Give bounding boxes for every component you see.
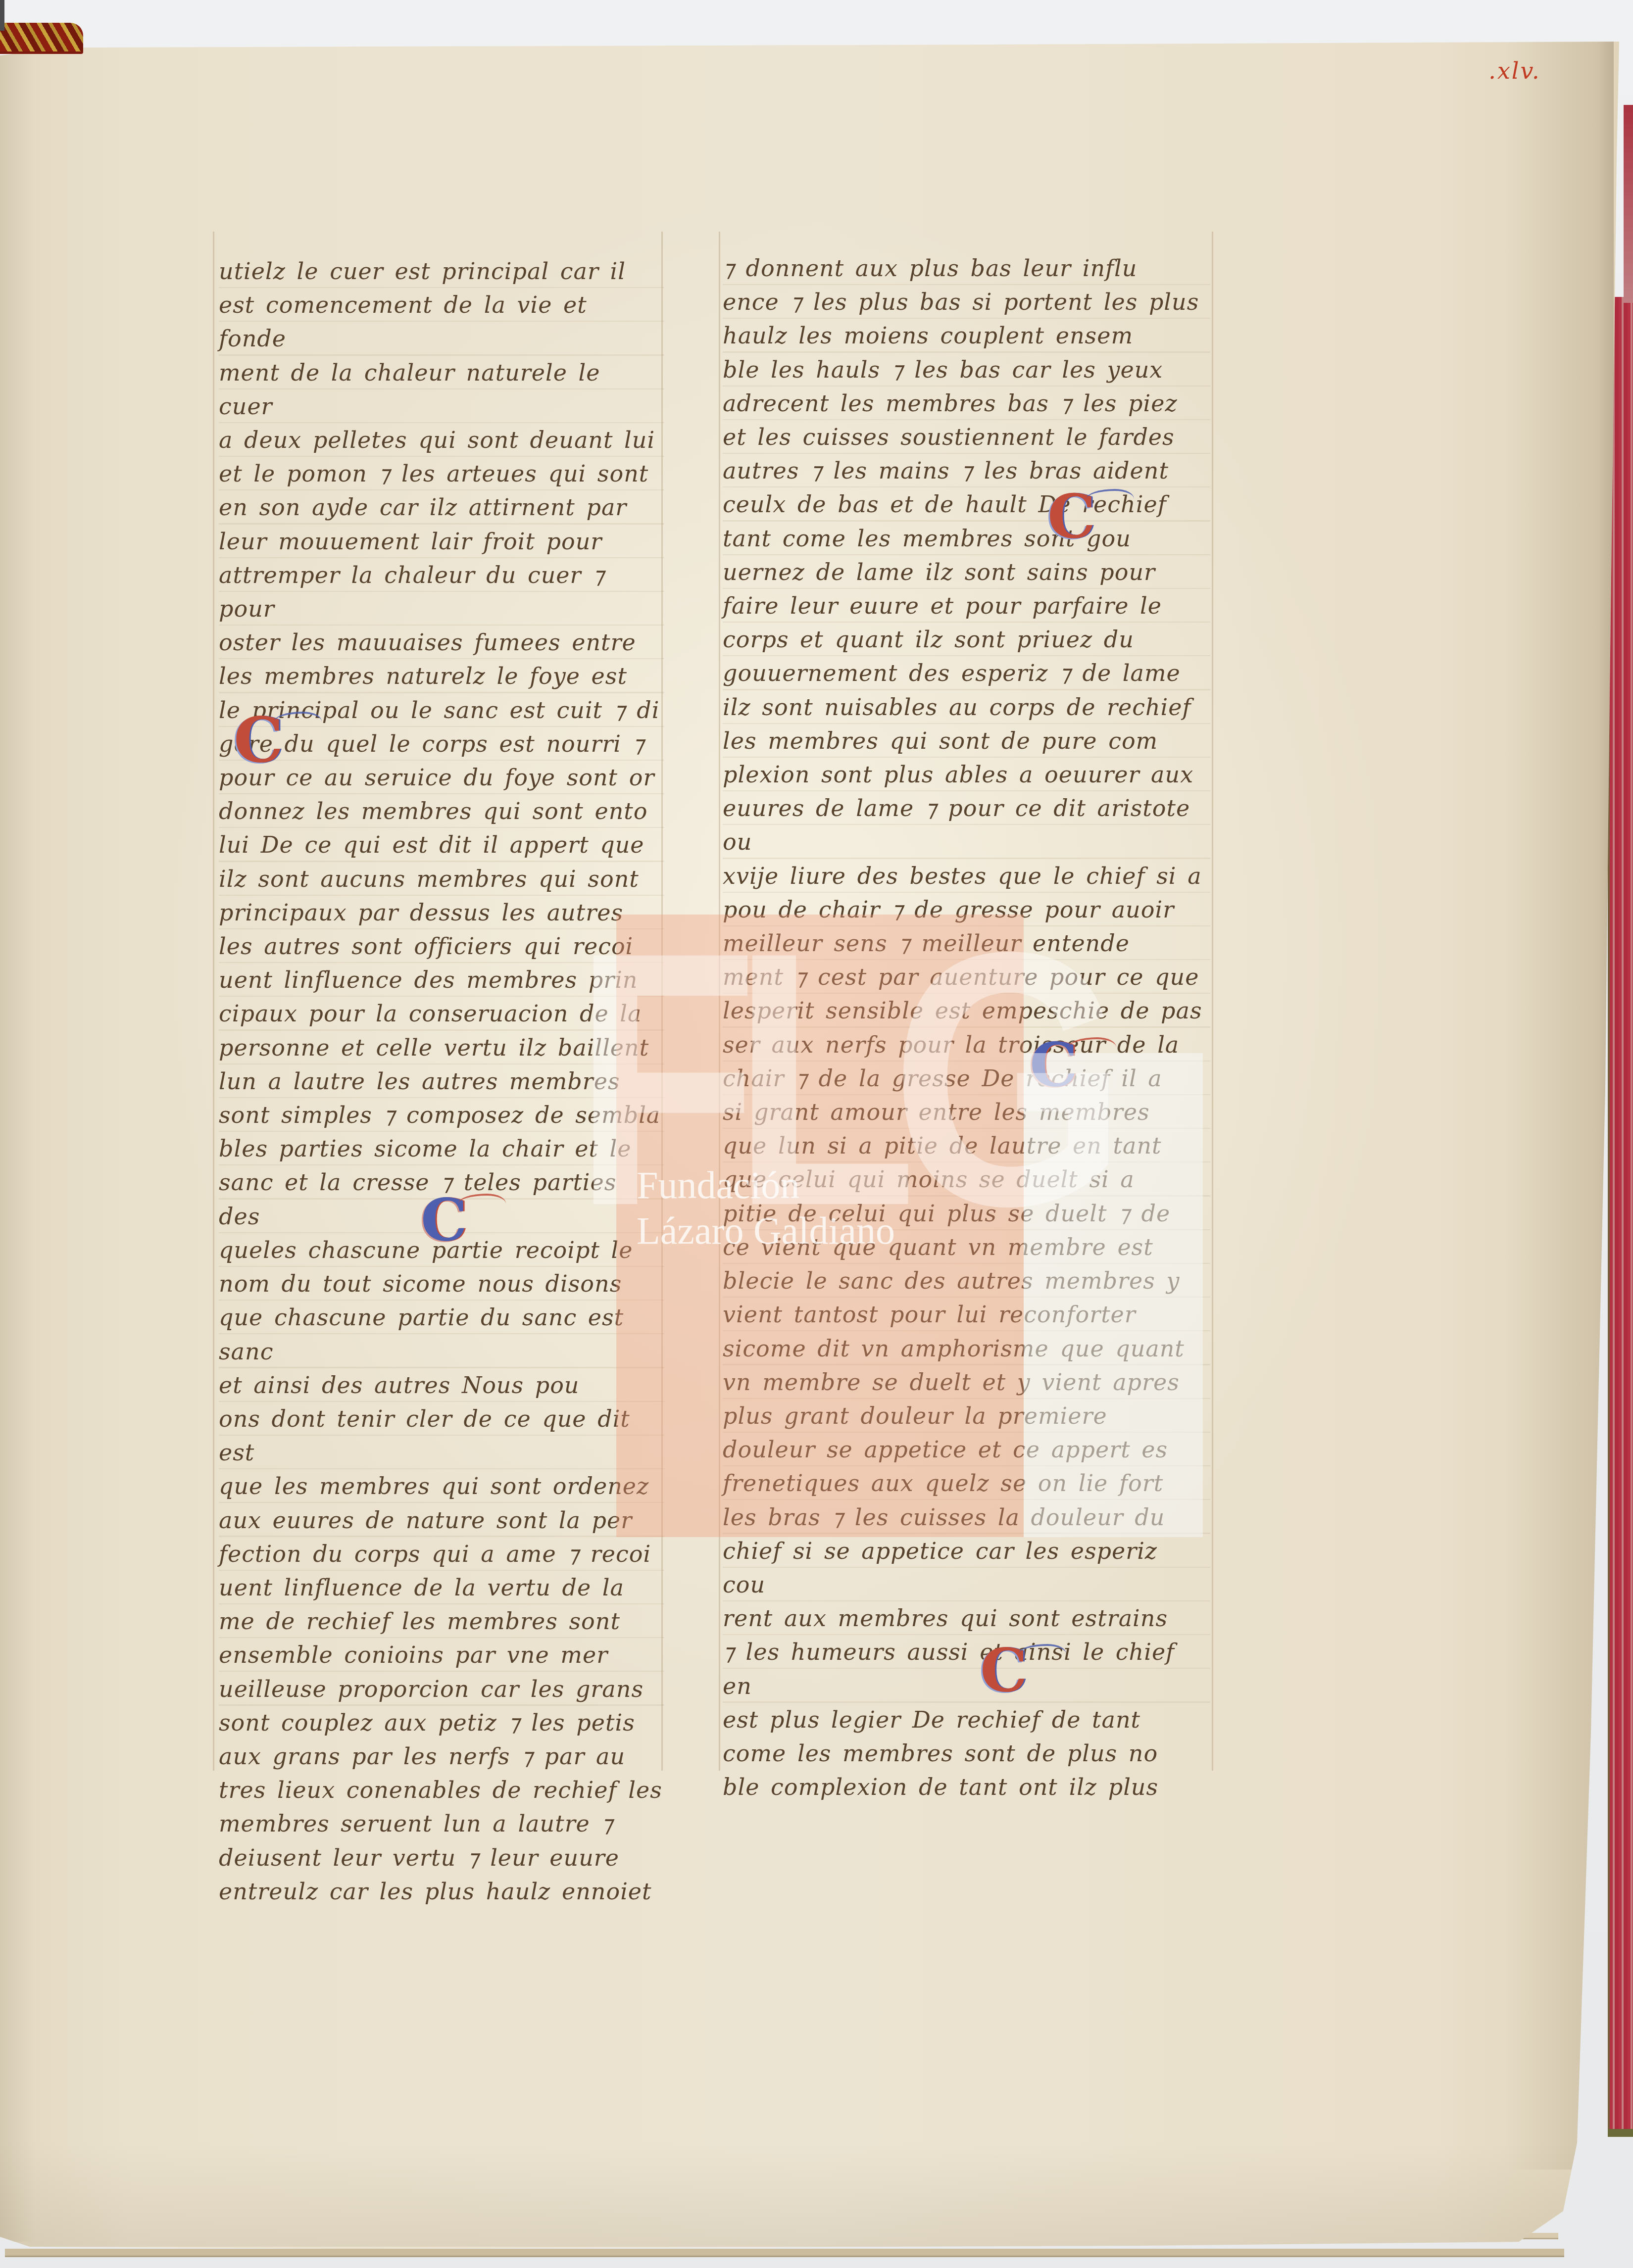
endband-braid [0,23,83,54]
decorated-initial: C [421,1191,467,1249]
bottom-shadow [0,2143,1633,2247]
decorated-initial: C [1030,1034,1078,1095]
manuscript-scan: .xlv. utielz le cuer est principal car i… [0,0,1633,2268]
text-column-left: utielz le cuer est principal car il est … [219,254,664,1709]
ruling-line [213,232,214,1771]
decorated-initial: C [1047,486,1095,546]
book-cover-fore-edge-top [1624,105,1633,303]
ruling-line [719,232,720,1771]
book-cover-bottom-edge [1608,2129,1633,2137]
page-stack-edge [5,2249,1564,2257]
gutter-shadow [0,45,35,2242]
ruling-line [1212,232,1213,1771]
decorated-initial: C [234,709,283,771]
folio-number: .xlv. [1455,57,1574,84]
decorated-initial: C [980,1641,1028,1700]
spine-shadow [0,0,4,31]
book-cover-fore-edge [1608,297,1633,2136]
parchment-page: .xlv. utielz le cuer est principal car i… [0,0,1633,2268]
text-column-right: ⁊ donnent aux plus bas leur influ ence ⁊… [723,251,1210,1735]
